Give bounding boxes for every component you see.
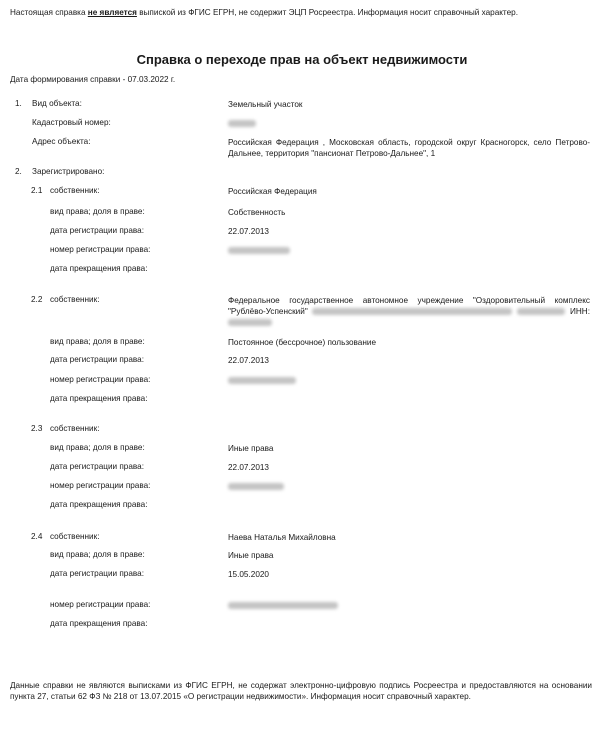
reg-number-row: номер регистрации права: <box>0 375 604 387</box>
reg-date-row: дата регистрации права: 22.07.2013 <box>0 226 604 238</box>
reg-date-row: дата регистрации права: 22.07.2013 <box>0 462 604 474</box>
field-label: вид права; доля в праве: <box>50 207 145 216</box>
field-label: дата прекращения права: <box>50 619 148 628</box>
field-label: дата регистрации права: <box>50 462 144 471</box>
field-label: номер регистрации права: <box>50 245 150 254</box>
field-label: Адрес объекта: <box>32 137 91 146</box>
right-type-row: вид права; доля в праве: Собственность <box>0 207 604 219</box>
owner-value: Федеральное государственное автономное у… <box>228 295 590 328</box>
end-date-row: дата прекращения права: <box>0 619 604 631</box>
field-label: дата прекращения права: <box>50 500 148 509</box>
entry-number: 2.3 <box>31 424 42 433</box>
field-label: собственник: <box>50 424 99 433</box>
disclaimer-text: выпиской из ФГИС ЕГРН, не содержит ЭЦП Р… <box>137 8 518 17</box>
field-label: вид права; доля в праве: <box>50 550 145 559</box>
field-label: номер регистрации права: <box>50 481 150 490</box>
owner-row: 2.1 собственник: Российская Федерация <box>0 186 604 198</box>
right-type-row: вид права; доля в праве: Иные права <box>0 443 604 455</box>
reg-date-value: 22.07.2013 <box>228 226 590 237</box>
reg-number-redacted <box>228 245 590 256</box>
section-heading: Зарегистрировано: <box>32 167 104 176</box>
field-label: собственник: <box>50 186 99 195</box>
field-label: дата прекращения права: <box>50 394 148 403</box>
right-type-value: Иные права <box>228 443 590 454</box>
field-label: номер регистрации права: <box>50 375 150 384</box>
formed-date: Дата формирования справки - 07.03.2022 г… <box>10 75 175 84</box>
field-label: вид права; доля в праве: <box>50 443 145 452</box>
entry-number: 2.4 <box>31 532 42 541</box>
section-number: 2. <box>15 167 22 176</box>
address-value: Российская Федерация , Московская област… <box>228 137 590 159</box>
field-label: собственник: <box>50 532 99 541</box>
owner-value: Наева Наталья Михайловна <box>228 532 590 543</box>
address-row: Адрес объекта: Российская Федерация , Мо… <box>0 137 604 149</box>
disclaimer-top: Настоящая справка не является выпиской и… <box>10 8 600 17</box>
owner-row: 2.3 собственник: <box>0 424 604 436</box>
inn-value-redacted <box>228 319 272 326</box>
reg-date-value: 22.07.2013 <box>228 462 590 473</box>
end-date-row: дата прекращения права: <box>0 500 604 512</box>
reg-number-row: номер регистрации права: <box>0 600 604 612</box>
reg-number-redacted <box>228 481 590 492</box>
cadastral-value-redacted <box>228 118 590 129</box>
right-type-row: вид права; доля в праве: Иные права <box>0 550 604 562</box>
end-date-row: дата прекращения права: <box>0 264 604 276</box>
right-type-value: Собственность <box>228 207 590 218</box>
owner-value: Российская Федерация <box>228 186 590 197</box>
field-label: номер регистрации права: <box>50 600 150 609</box>
cadastral-row: Кадастровый номер: <box>0 118 604 130</box>
owner-row: 2.2 собственник: Федеральное государстве… <box>0 295 604 307</box>
right-type-value: Постоянное (бессрочное) пользование <box>228 337 590 348</box>
disclaimer-footer: Данные справки не являются выписками из … <box>10 680 592 702</box>
field-label: вид права; доля в праве: <box>50 337 145 346</box>
field-label: собственник: <box>50 295 99 304</box>
redacted-text <box>517 308 565 315</box>
field-label: дата регистрации права: <box>50 569 144 578</box>
inn-label: ИНН: <box>570 307 590 316</box>
entry-number: 2.2 <box>31 295 42 304</box>
disclaimer-emphasis: не является <box>88 8 137 17</box>
page-title: Справка о переходе прав на объект недвиж… <box>0 52 604 67</box>
right-type-value: Иные права <box>228 550 590 561</box>
field-label: Вид объекта: <box>32 99 82 108</box>
field-label: дата прекращения права: <box>50 264 148 273</box>
reg-date-row: дата регистрации права: 15.05.2020 <box>0 569 604 581</box>
field-label: дата регистрации права: <box>50 226 144 235</box>
field-label: Кадастровый номер: <box>32 118 111 127</box>
redacted-text <box>312 308 512 315</box>
owner-row: 2.4 собственник: Наева Наталья Михайловн… <box>0 532 604 544</box>
reg-number-redacted <box>228 375 590 386</box>
reg-number-redacted <box>228 600 590 611</box>
object-type-row: 1. Вид объекта: Земельный участок <box>0 99 604 111</box>
reg-number-row: номер регистрации права: <box>0 481 604 493</box>
end-date-row: дата прекращения права: <box>0 394 604 406</box>
section-number: 1. <box>15 99 22 108</box>
registered-heading-row: 2. Зарегистрировано: <box>0 167 604 179</box>
reg-number-row: номер регистрации права: <box>0 245 604 257</box>
entry-number: 2.1 <box>31 186 42 195</box>
disclaimer-text: Настоящая справка <box>10 8 88 17</box>
reg-date-value: 22.07.2013 <box>228 355 590 366</box>
reg-date-row: дата регистрации права: 22.07.2013 <box>0 355 604 367</box>
right-type-row: вид права; доля в праве: Постоянное (бес… <box>0 337 604 349</box>
field-label: дата регистрации права: <box>50 355 144 364</box>
object-type-value: Земельный участок <box>228 99 590 110</box>
reg-date-value: 15.05.2020 <box>228 569 590 580</box>
